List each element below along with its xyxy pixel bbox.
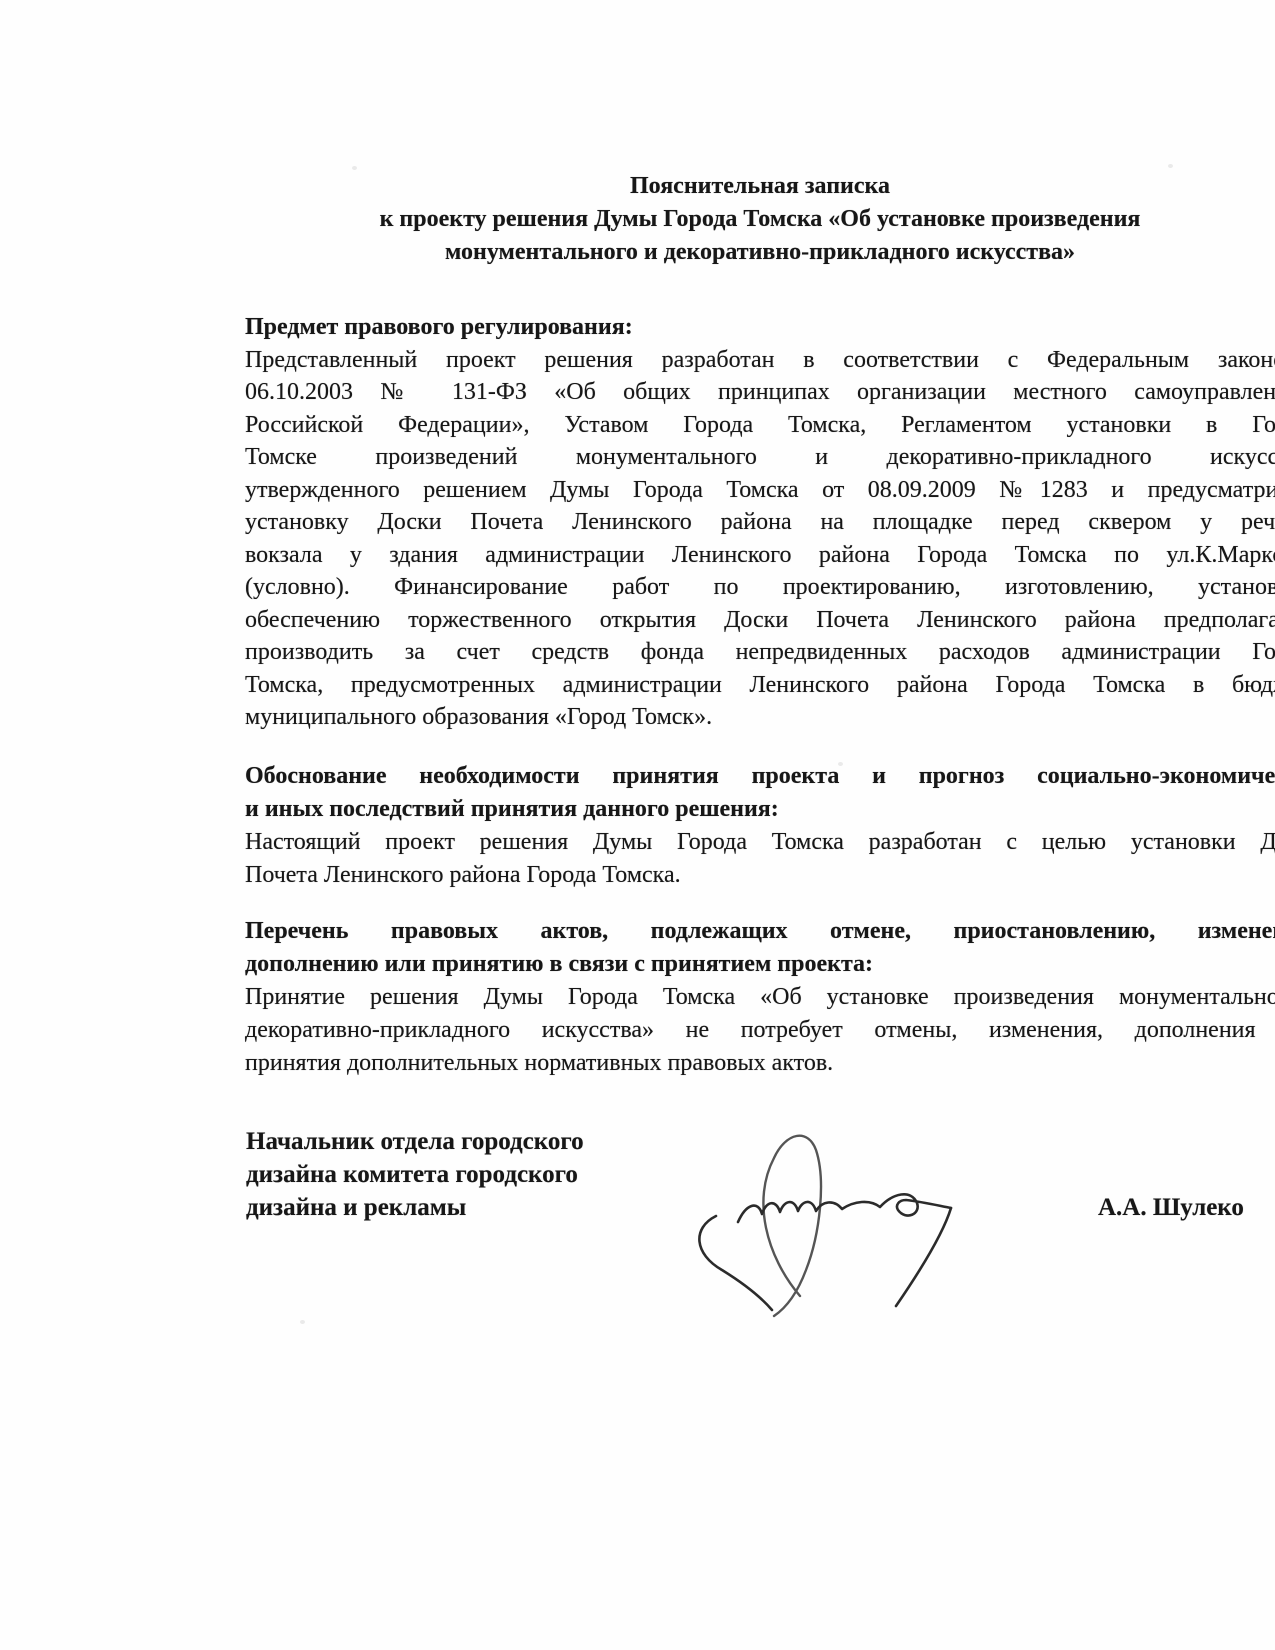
text-line: Томска, предусмотренных администрации Ле… (245, 669, 1275, 702)
text-line: вокзала у здания администрации Ленинског… (245, 539, 1275, 572)
text-line: обеспечению торжественного открытия Доск… (245, 604, 1275, 637)
signatory-position: Начальник отдела городскогодизайна комит… (246, 1125, 676, 1224)
text-line: декоративно-прикладного искусства» не по… (245, 1014, 1275, 1047)
text-line: производить за счет средств фонда непред… (245, 636, 1275, 669)
signatory-name: А.А. Шулеко (1098, 1191, 1244, 1224)
text-line: к проекту решения Думы Города Томска «Об… (245, 203, 1275, 236)
text-line: Настоящий проект решения Думы Города Том… (245, 826, 1275, 859)
text-line: Обоснование необходимости принятия проек… (245, 760, 1275, 793)
text-line: и иных последствий принятия данного реше… (245, 793, 1275, 826)
section-list-of-legal-acts: Перечень правовых актов, подлежащих отме… (245, 915, 1275, 1080)
scan-speck (352, 166, 357, 170)
handwritten-signature (650, 1058, 990, 1318)
text-line: Перечень правовых актов, подлежащих отме… (245, 915, 1275, 948)
text-line: Предмет правового регулирования: (245, 311, 1275, 344)
section-justification: Обоснование необходимости принятия проек… (245, 760, 1275, 892)
text-line: утвержденного решением Думы Города Томск… (245, 474, 1275, 507)
scan-speck (838, 762, 843, 766)
text-line: Российской Федерации», Уставом Города То… (245, 409, 1275, 442)
scan-speck (300, 1320, 305, 1324)
text-line: дополнению или принятию в связи с принят… (245, 948, 1275, 981)
text-line: дизайна комитета городского (246, 1158, 676, 1191)
text-line: Пояснительная записка (245, 170, 1275, 203)
document-title: Пояснительная запискак проекту решения Д… (245, 170, 1275, 269)
text-line: (условно). Финансирование работ по проек… (245, 571, 1275, 604)
text-line: Принятие решения Думы Города Томска «Об … (245, 981, 1275, 1014)
scan-speck (1168, 164, 1173, 168)
scanned-document-page: Пояснительная запискак проекту решения Д… (0, 0, 1275, 1650)
text-line: 06.10.2003 № 131-ФЗ «Об общих принципах … (245, 376, 1275, 409)
text-line: Почета Ленинского района Города Томска. (245, 859, 1275, 892)
scan-speck (1120, 520, 1125, 524)
text-line: монументального и декоративно-прикладног… (245, 236, 1275, 269)
text-line: Начальник отдела городского (246, 1125, 676, 1158)
text-line: муниципального образования «Город Томск»… (245, 701, 1275, 734)
text-line: Представленный проект решения разработан… (245, 344, 1275, 377)
text-line: Томске произведений монументального и де… (245, 441, 1275, 474)
text-line: дизайна и рекламы (246, 1191, 676, 1224)
